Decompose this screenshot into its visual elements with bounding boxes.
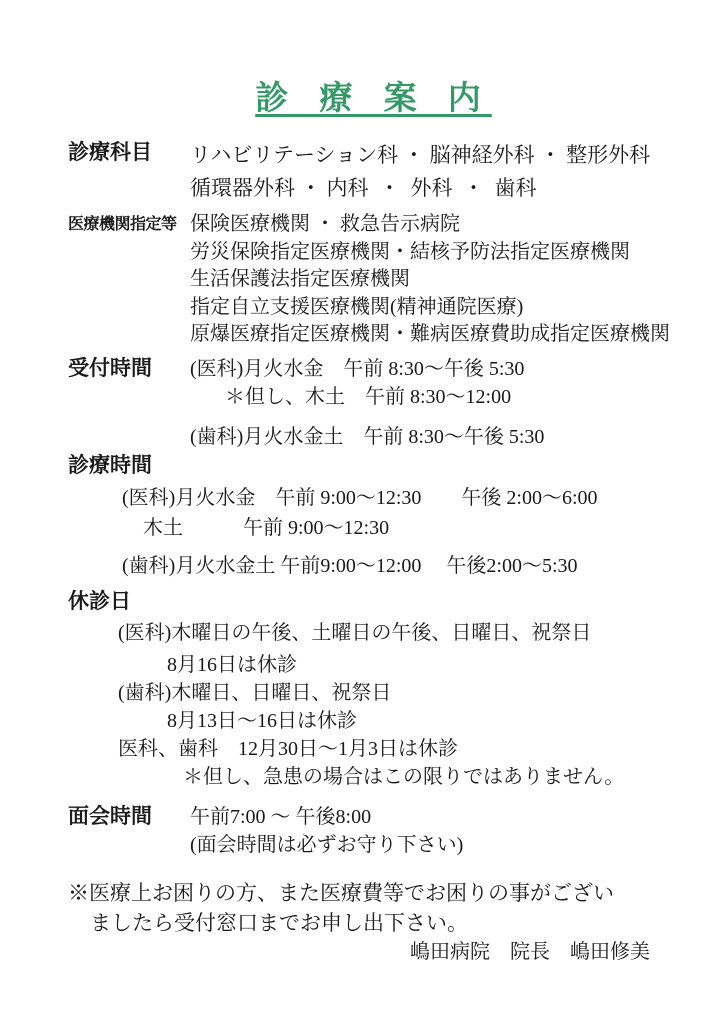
designations-line: 保険医療機関 ・ 救急告示病院 <box>190 211 670 239</box>
reception-content: (医科)月火水金 午前 8:30～午後 5:30 ＊但し、木土 午前 8:30～… <box>190 355 668 451</box>
closed-line: 8月16日は休診 <box>118 651 668 679</box>
closed-content: (医科)木曜日の午後、土曜日の午後、日曜日、祝祭日 8月16日は休診 (歯科)木… <box>118 619 668 791</box>
reception-line: (歯科)月火水金土 午前 8:30～午後 5:30 <box>190 423 668 451</box>
section-visiting-hours: 面会時間 午前7:00 ～ 午後8:00 (面会時間は必ずお守り下さい) <box>68 803 668 859</box>
closed-line: ＊但し、急患の場合はこの限りではありません。 <box>118 763 668 791</box>
section-closed-days: 休診日 (医科)木曜日の午後、土曜日の午後、日曜日、祝祭日 8月16日は休診 (… <box>68 587 668 791</box>
closed-label: 休診日 <box>68 587 668 617</box>
visiting-line: 午前7:00 ～ 午後8:00 <box>190 803 668 831</box>
page-title: 診 療 案 内 <box>68 72 668 119</box>
section-treatment-hours: 診療時間 (医科)月火水金 午前 9:00～12:30 午後 2:00～6:00… <box>68 451 668 581</box>
document-page: 診 療 案 内 診療科目 リハビリテーション科 ・ 脳神経外科 ・ 整形外科 循… <box>0 0 724 1024</box>
designations-line: 指定自立支援医療機関(精神通院医療) <box>190 294 670 322</box>
closed-line: 8月13日～16日は休診 <box>118 707 668 735</box>
visiting-label: 面会時間 <box>68 803 190 831</box>
designations-line: 生活保護法指定医療機関 <box>190 266 670 294</box>
section-reception-hours: 受付時間 (医科)月火水金 午前 8:30～午後 5:30 ＊但し、木土 午前 … <box>68 355 668 451</box>
closed-line: 医科、歯科 12月30日～1月3日は休診 <box>118 735 668 763</box>
departments-label: 診療科目 <box>68 139 190 167</box>
departments-content: リハビリテーション科 ・ 脳神経外科 ・ 整形外科 循環器外科 ・ 内科 ・ 外… <box>190 139 668 205</box>
section-designations: 医療機関指定等 保険医療機関 ・ 救急告示病院 労災保険指定医療機関・結核予防法… <box>68 211 668 349</box>
treatment-label: 診療時間 <box>68 451 668 481</box>
designations-label: 医療機関指定等 <box>68 211 190 235</box>
designations-line: 労災保険指定医療機関・結核予防法指定医療機関 <box>190 239 670 267</box>
treatment-line: (歯科)月火水金土 午前9:00～12:00 午後2:00～5:30 <box>122 551 668 581</box>
treatment-content: (医科)月火水金 午前 9:00～12:30 午後 2:00～6:00 木土 午… <box>122 483 668 581</box>
visiting-content: 午前7:00 ～ 午後8:00 (面会時間は必ずお守り下さい) <box>190 803 668 859</box>
closed-line: (歯科)木曜日、日曜日、祝祭日 <box>118 679 668 707</box>
departments-line: 循環器外科 ・ 内科 ・ 外科 ・ 歯科 <box>190 172 668 205</box>
footer-note-line: ましたら受付窓口までお申し出下さい。 <box>68 908 668 938</box>
signature: 嶋田病院 院長 嶋田修美 <box>68 938 668 966</box>
visiting-line: (面会時間は必ずお守り下さい) <box>190 831 668 859</box>
section-departments: 診療科目 リハビリテーション科 ・ 脳神経外科 ・ 整形外科 循環器外科 ・ 内… <box>68 139 668 205</box>
reception-line: (医科)月火水金 午前 8:30～午後 5:30 <box>190 355 668 383</box>
designations-line: 原爆医療指定医療機関・難病医療費助成指定医療機関 <box>190 321 670 349</box>
reception-line: ＊但し、木土 午前 8:30～12:00 <box>190 383 668 411</box>
designations-content: 保険医療機関 ・ 救急告示病院 労災保険指定医療機関・結核予防法指定医療機関 生… <box>190 211 670 349</box>
footer-note-line: ※医療上お困りの方、また医療費等でお困りの事がござい <box>68 878 668 908</box>
treatment-line: (医科)月火水金 午前 9:00～12:30 午後 2:00～6:00 <box>122 483 668 513</box>
footer-note: ※医療上お困りの方、また医療費等でお困りの事がござい ましたら受付窓口までお申し… <box>68 878 668 938</box>
treatment-line: 木土 午前 9:00～12:30 <box>122 513 668 543</box>
closed-line: (医科)木曜日の午後、土曜日の午後、日曜日、祝祭日 <box>118 619 668 647</box>
departments-line: リハビリテーション科 ・ 脳神経外科 ・ 整形外科 <box>190 139 668 172</box>
reception-label: 受付時間 <box>68 355 190 383</box>
